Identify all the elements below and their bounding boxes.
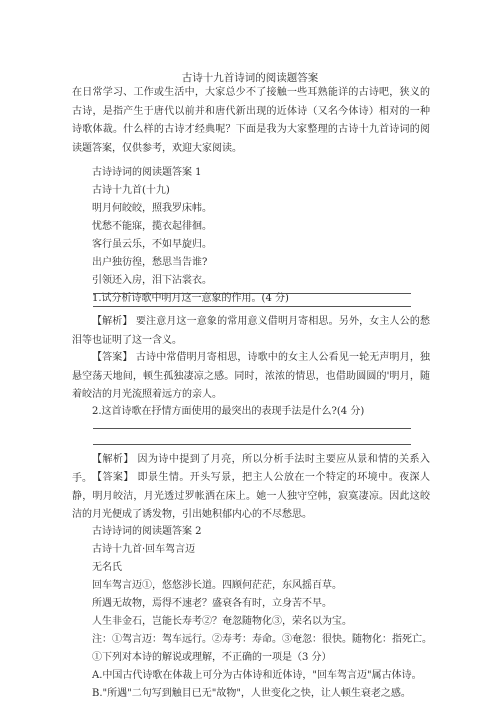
question-3: ①下列对本诗的解说或理解，不正确的一项是（3 分）: [92, 649, 452, 667]
poem-line: 引领还入房，泪下沾裳衣。: [92, 272, 452, 290]
q1-answer: 【答案】 古诗中常借明月寄相思，诗歌中的女主人公看见一轮无声明月，独悬空荡天地间…: [72, 349, 430, 405]
poem-title-2: 古诗十九首·回车驾言迈: [92, 541, 452, 559]
answer-rule: [93, 306, 411, 307]
answer-rule: [93, 444, 411, 445]
poem-line: 回车驾言迈①，悠悠涉长道。四顾何茫茫，东风摇百草。: [92, 577, 452, 595]
poem-line: 人生非金石，岂能长寿考②？奄忽随物化③，荣名以为宝。: [92, 613, 452, 631]
q1-analysis: 【解析】 要注意月这一意象的常用意义借明月寄相思。另外，女主人公的愁泪等也证明了…: [72, 313, 430, 350]
answer-rule: [93, 428, 411, 429]
poem-author: 无名氏: [92, 559, 452, 577]
answer-rule: [93, 293, 411, 294]
poem-line: 客行虽云乐，不如早旋归。: [92, 236, 452, 254]
intro-paragraph: 在日常学习、工作或生活中，大家总少不了接触一些耳熟能详的古诗吧，狭义的古诗，是指…: [72, 84, 430, 158]
section-heading-2: 古诗诗词的阅读题答案 2: [92, 523, 452, 541]
q2-answer: 【答案】 即景生情。开头写景，把主人公放在一个特定的环境中。夜深人静，明月皎洁，…: [72, 469, 430, 525]
poem-title-1: 古诗十九首(十九): [92, 182, 452, 200]
section-heading-1: 古诗诗词的阅读题答案 1: [92, 164, 452, 182]
option-a: A.中国古代诗歌在体裁上可分为古体诗和近体诗，"回车驾言迈"属古体诗。: [92, 667, 452, 685]
poem-line: 忧愁不能寐，揽衣起徘徊。: [92, 218, 452, 236]
option-b: B."所遇"二句写到触目已无"故物"，人世变化之快，让人顿生衰老之感。: [92, 685, 452, 703]
page-title: 古诗十九首诗词的阅读题答案: [0, 70, 500, 85]
poem-notes: 注：①驾言迈：驾车远行。②寿考：寿命。③奄忽：很快。随物化：指死亡。: [92, 631, 452, 649]
poem-line: 明月何皎皎，照我罗床帏。: [92, 200, 452, 218]
poem-line: 出户独彷徨，愁思当告谁?: [92, 254, 452, 272]
question-2: 2.这首诗歌在抒情方面使用的最突出的表现手法是什么?(4 分): [92, 403, 452, 421]
poem-line: 所遇无故物，焉得不速老？盛衰各有时，立身苦不早。: [92, 595, 452, 613]
